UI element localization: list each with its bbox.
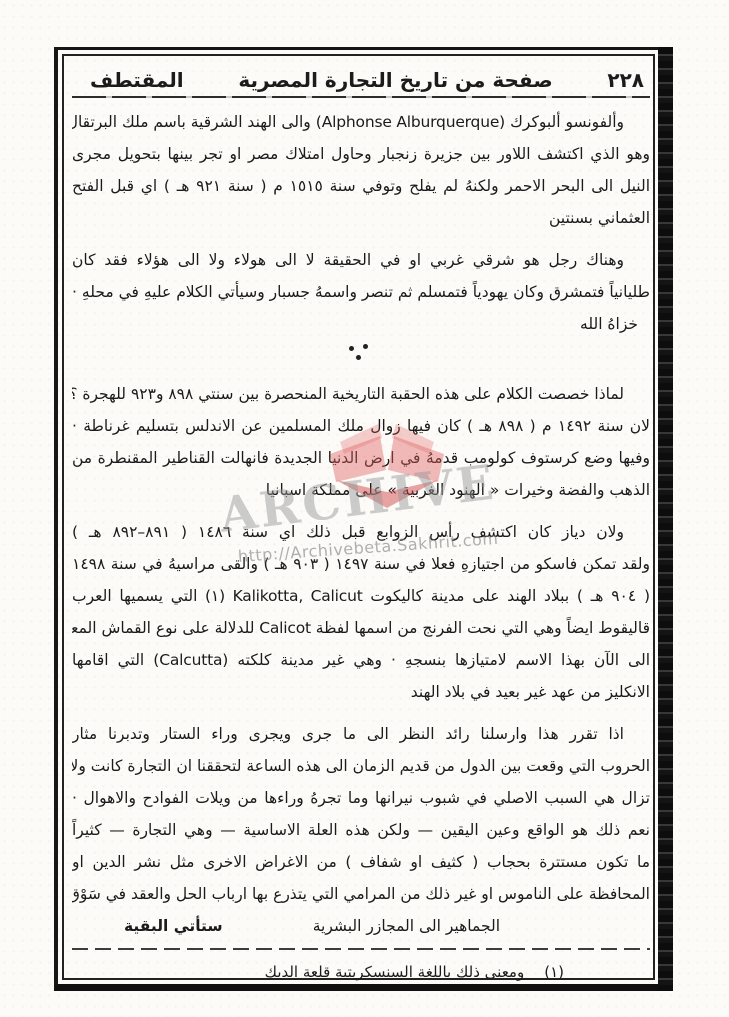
header-rule	[72, 96, 650, 98]
scanned-page: ٢٢٨ صفحة من تاريخ التجارة المصرية المقتط…	[0, 0, 729, 1017]
text-line: الانكليز من عهد غير بعيد في بلاد الهند	[72, 676, 650, 708]
article-body: وألفونسو ألبوكرك (Alphonse Alburquerque)…	[72, 106, 650, 942]
paragraph: ولان دياز كان اكتشف رأس الزوابع قبل ذلك …	[72, 516, 650, 708]
footnote-marker: (١)	[544, 959, 564, 985]
text-line: النيل الى البحر الاحمر ولكنهُ لم يفلح وت…	[72, 170, 650, 202]
text-line: الذهب والفضة وخيرات « الهنود الغربية » ع…	[72, 474, 650, 506]
page-header: ٢٢٨ صفحة من تاريخ التجارة المصرية المقتط…	[72, 58, 650, 92]
text-line: وألفونسو ألبوكرك (Alphonse Alburquerque)…	[72, 106, 650, 138]
text-line: ما تكون مستترة بحجاب ( كثيف او شفاف ) من…	[72, 846, 650, 878]
paragraph: لماذا خصصت الكلام على هذه الحقبة التاريخ…	[72, 378, 650, 506]
text-line: لان سنة ١٤٩٢ م ( ٨٩٨ هـ ) كان فيها زوال …	[72, 410, 650, 442]
text-line: ولقد تمكن فاسكو من اجتيازهِ فعلا في سنة …	[72, 548, 650, 580]
continuation-note: ستأتي البقية	[124, 910, 223, 942]
text-line: وهو الذي اكتشف اللاور بين جزيرة زنجبار و…	[72, 138, 650, 170]
text-line: ولان دياز كان اكتشف رأس الزوابع قبل ذلك …	[72, 516, 650, 548]
text-line: الى الآن بهذا الاسم لامتيازها بنسجهِ · و…	[72, 644, 650, 676]
article-title: صفحة من تاريخ التجارة المصرية	[238, 68, 552, 92]
text-line: المحافظة على الناموس او غير ذلك من المرا…	[72, 878, 650, 910]
text-line: طليانياً فتمشرق وكان يهودياً فتمسلم ثم ت…	[72, 276, 650, 308]
paragraph: اذا تقرر هذا وارسلنا رائد النظر الى ما ج…	[72, 718, 650, 942]
text-line: ( ٩٠٤ هـ ) ببلاد الهند على مدينة كاليكوت…	[72, 580, 650, 612]
magazine-name: المقتطف	[90, 68, 184, 92]
text-line: العثماني بسنتين	[72, 202, 650, 234]
paragraph: وألفونسو ألبوكرك (Alphonse Alburquerque)…	[72, 106, 650, 234]
footnote-rule	[72, 948, 650, 950]
paragraph-closing-line: الجماهير الى المجازر البشرية	[313, 910, 500, 942]
footnote-text: ومعنى ذلك باللغة السنسكريتية قلعة الديك	[265, 959, 525, 985]
text-line: الحروب التي وقعت بين الدول من قديم الزما…	[72, 750, 650, 782]
text-line: نعم ذلك هو الواقع وعين اليقين — ولكن هذه…	[72, 814, 650, 846]
text-line: قاليقوط ايضاً وهي التي نحت الفرنج من اسم…	[72, 612, 650, 644]
page-number: ٢٢٨	[607, 68, 644, 92]
footnote: (١) ومعنى ذلك باللغة السنسكريتية قلعة ال…	[72, 959, 650, 985]
page-content: ٢٢٨ صفحة من تاريخ التجارة المصرية المقتط…	[72, 58, 650, 985]
text-line: وفيها وضع كرستوف كولومب قدمهُ في ارض الد…	[72, 442, 650, 474]
binding-shadow	[658, 47, 673, 991]
paragraph: وهناك رجل هو شرقي غربي او في الحقيقة لا …	[72, 244, 650, 340]
text-line: اذا تقرر هذا وارسلنا رائد النظر الى ما ج…	[72, 718, 650, 750]
text-line: خزاهُ الله	[72, 308, 650, 340]
section-separator-dots-icon	[346, 342, 376, 368]
text-line: تزال هي السبب الاصلي في شبوب نيرانها وما…	[72, 782, 650, 814]
text-line: لماذا خصصت الكلام على هذه الحقبة التاريخ…	[72, 378, 650, 410]
text-line: الجماهير الى المجازر البشرية ستأتي البقي…	[72, 910, 650, 942]
text-line: وهناك رجل هو شرقي غربي او في الحقيقة لا …	[72, 244, 650, 276]
